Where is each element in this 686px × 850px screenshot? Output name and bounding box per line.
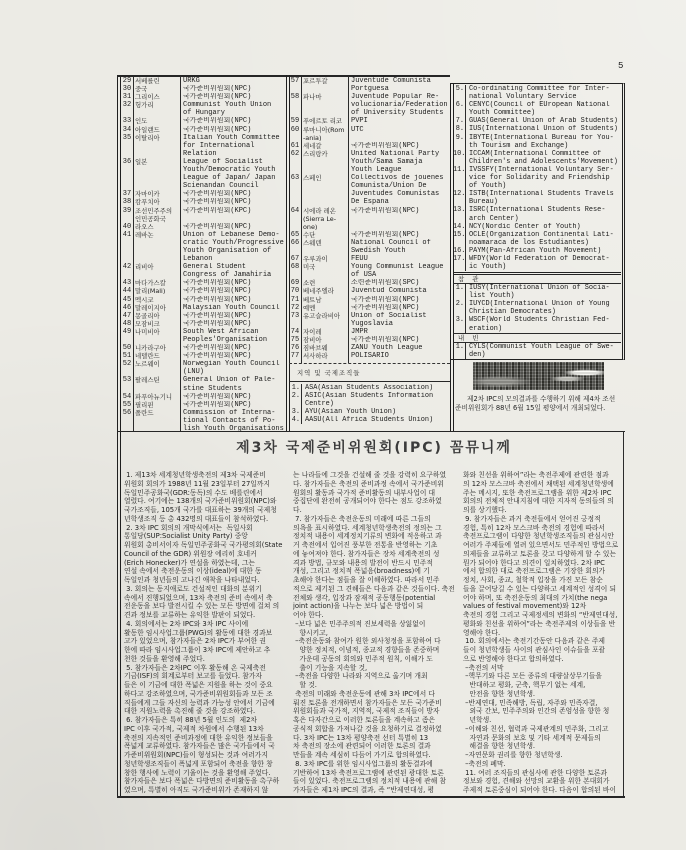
item-text: PAYM(Pan-African Youth Movement) [465, 247, 619, 255]
text-line: 외국 간보, 민주주의와 인간의 존엄성을 향한 청 [463, 707, 621, 716]
country-name: 몽골리아 [133, 312, 180, 320]
row-number: 76 [289, 344, 301, 352]
text-line: 10. 회의에서는 축전기간동안 다음과 같은 주제 [463, 637, 621, 646]
text-line: 공식적 회합을 가져나갈 것을 요청하기로 결정하였 [293, 725, 459, 734]
organization-name: Juventude Comunista Portguesa [348, 77, 449, 93]
item-text: Co-ordinating Committee for Inter- natio… [465, 85, 619, 101]
text-line: 4. 회의에서는 2차 IPC와 3차 IPC 사이에 [124, 620, 288, 629]
row-number: 45 [121, 296, 133, 304]
organization-name: 국가준비위원회(NPC) [180, 190, 287, 198]
text-line: 11. 여러 조직들의 관심사에 관한 다양한 토론과 [463, 769, 621, 778]
row-number: 52 [121, 360, 133, 376]
participant-row: 73유고슬라비아Union of Socialist Yugoslavia [289, 312, 449, 328]
text-line: –반제연대, 민족해방, 독립, 자주와 민족자결, [463, 699, 621, 708]
organization-name: 국가준비위원회(NPC) [180, 117, 287, 125]
country-name: 아일랜드 [133, 126, 180, 134]
text-line: 속에서 진행되었으며, 13차 축전의 준비 속에서 축 [124, 594, 288, 603]
organization-name: 국가준비위원회(NPC) [348, 336, 449, 344]
article-right-border [623, 431, 624, 797]
country-name: 스웨덴 [301, 239, 348, 255]
participant-row: 62스리랑카United National Party Youth/Sama S… [289, 150, 449, 174]
country-name: 미국 [301, 263, 348, 279]
country-name: 모잠비크 [133, 320, 180, 328]
participant-row: 59푸에르토 리코PVPI [289, 117, 449, 125]
participant-row: 30중국국가준비위원회(NPC) [121, 85, 287, 93]
item-number: 14. [453, 223, 465, 231]
row-number: 63 [289, 174, 301, 206]
participant-row: 42리비아General Student Congress of Jamahir… [121, 263, 287, 279]
observers-list: 1.IUSY(International Union of Socia- lis… [453, 284, 619, 333]
row-number: 31 [121, 93, 133, 101]
article-column-1: 1. 제13차 세계청년학생축전의 제3차 국제준비위원회 회의가 1988년 … [124, 471, 288, 796]
item-text: GUAS(General Union of Arab Students) [465, 117, 619, 125]
participant-row: 45멕시코국가준비위원회(NPC) [121, 296, 287, 304]
text-line: 참가자들은 보다 폭넓은 다방면의 준비활동을 촉구하 [124, 777, 288, 786]
organization-item: 7.GUAS(General Union of Arab Students) [453, 117, 619, 125]
text-line: 혹은 다자간으로 이러한 토론들을 계속하고 좀은 [293, 716, 459, 725]
item-text: WSCF(World Students Christian Fed- erati… [465, 316, 619, 332]
text-line: joint action)을 나누는 보다 넓은 방법이 되 [293, 602, 459, 611]
item-number: 6. [453, 101, 465, 117]
organization-item: 13.ISRC(International Students Rese- arc… [453, 206, 619, 222]
row-number: 54 [121, 393, 133, 401]
text-line: 열렸다. 여기에는 138개의 국가준비위원회(NPC)와 [124, 497, 288, 506]
organization-name: URKG [180, 77, 287, 85]
text-line: –이해와 친선, 협력과 국제관계의 민주화, 그리고 [463, 725, 621, 734]
row-number: 58 [289, 93, 301, 117]
text-line: 축전의 미래와 축전운동에 관해 3차 IPC에서 다 [293, 690, 459, 699]
text-line: 안전을 향한 청년학생. [463, 690, 621, 699]
text-line: 향시키고, [293, 629, 459, 638]
organization-item: 14.NCY(Nordic Center of Youth) [453, 223, 619, 231]
country-name: 시에라 레온 (Sierra Le- one) [301, 207, 348, 231]
organization-name: FEUU [348, 255, 449, 263]
organization-name: Union of Lebanese Demo- cratic Youth/Pro… [180, 231, 287, 263]
country-name: 베네주엘라 [301, 287, 348, 295]
row-number: 61 [289, 142, 301, 150]
participant-row: 46말레이지아Malaysian Youth Council [121, 304, 287, 312]
organization-name: 국가준비위원회(KPC) [180, 207, 287, 223]
country-name: 유고슬라비아 [301, 312, 348, 328]
text-line: 축전의 지속적인 준비과정에 대한 유익한 정보들을 [124, 734, 288, 743]
participant-row: 34아일랜드국가준비위원회(NPC) [121, 126, 287, 134]
country-name: 파나마 [301, 93, 348, 117]
text-line: 들을 끌어당길 수 있는 다양하고 세계적인 성격이 되 [463, 585, 621, 594]
article-title: 제3차 국제준비위원회(IPC) 꼼뮤니께 [117, 437, 625, 457]
text-line: 들은 이 기금에 대한 폭넓은 지원을 하는 것이 중요 [124, 681, 288, 690]
participant-row: 38캄푸치아국가준비위원회(NPC) [121, 198, 287, 206]
text-line: values of festival movement)와 12차 [463, 602, 621, 611]
organization-name: UTC [348, 126, 449, 142]
row-number: 38 [121, 198, 133, 206]
text-line: 가자들은 제1차 IPC의 결과, 즉 “반제연대성, 평 [293, 786, 459, 795]
text-line: 평화와 친선을 위하여”라는 축전주제의 이상들을 반 [463, 620, 621, 629]
country-name: 예멘 [301, 304, 348, 312]
country-name: 서사하라 [301, 352, 348, 360]
text-line: 6. 참가자들은 특히 88년 5월 인도의 제2차 [124, 716, 288, 725]
organization-item: 1.CYLS(Communist Youth League of Swe- de… [453, 343, 619, 359]
organization-item: 10.ICCAM(International Committee of Chil… [453, 150, 619, 166]
text-line: 통일당(SUP:Socialist Unity Party) 중앙 [124, 532, 288, 541]
organization-name: Malaysian Youth Council [180, 304, 287, 312]
text-line: 의제들을 교류하고 토론을 갖고 다양하게 할 수 있는 [463, 550, 621, 559]
participant-row: 75잠비아국가준비위원회(NPC) [289, 336, 449, 344]
text-line: 정보와 경험, 견해와 선망의 교환을 위한 본대회가 [463, 777, 621, 786]
organization-name: Juventude Popular Re- volucionaria/Feder… [348, 93, 449, 117]
participant-row: 35이탈리아Italian Youth Committee for Intern… [121, 134, 287, 158]
text-line: 으로 반영해야 한다고 합의하였다. [463, 655, 621, 664]
participants-table-middle: 57포르투갈Juventude Comunista Portguesa58파나마… [289, 77, 449, 360]
item-text: CENYC(Council of EUropean National Youth… [465, 101, 619, 117]
country-name: 조선민주주의 인민공화국 [133, 207, 180, 223]
text-line: 폭넓게 교류하였다. 참가자들은 많은 국가들에서 국 [124, 742, 288, 751]
participant-row: 29서베를린URKG [121, 77, 287, 85]
item-number: 1. [289, 384, 301, 392]
organization-name: JMPR [348, 328, 449, 336]
text-line: 5. 참가자들은 2차IPC 이후 활동해 온 국제축전 [124, 664, 288, 673]
organization-name: 국가준비위원회(NPC) [180, 126, 287, 134]
participant-row: 63스페인Collectivos de jouenes Comunista/Un… [289, 174, 449, 206]
organization-item: 3.AYU(Asian Youth Union) [289, 408, 450, 416]
text-line: 축전프로그램이 다양한 청년학생조직들의 관심시안 [463, 532, 621, 541]
item-text: ASIC(Asian Students Information Centre) [301, 392, 450, 408]
item-text: NCY(Nordic Center of Youth) [465, 223, 619, 231]
text-line: 주제적 토론중심이 되어야 한다. 다음이 합의된 바이 [463, 786, 621, 795]
item-number: 8. [453, 125, 465, 133]
organization-name: League of Socialist Youth/Democratic You… [180, 158, 287, 190]
organization-name: 국가준비위원회(NPC) [180, 312, 287, 320]
text-line: 영해야 한다. [463, 629, 621, 638]
photo-caption: 제2차 IPC의 모의결과를 수행하기 위해 제4차 조선준비위원회가 88년 … [455, 395, 621, 413]
participant-row: 65수단국가준비위원회(NPC) [289, 231, 449, 239]
text-line: 양한 정치적, 이념적, 종교적 경향들을 존중하며 [293, 646, 459, 655]
text-line: 전체와 생각, 입장과 잠재적 공동행동(potential [293, 594, 459, 603]
text-line: 거 축전에서 입어진 풍부한 전통을 반영하는 기초 [293, 541, 459, 550]
article-top-border [117, 431, 625, 432]
text-line: 2. 3차 IPC 회의의 개막식에서는 독일사회 [124, 524, 288, 533]
organization-item: 16.PAYM(Pan-African Youth Movement) [453, 247, 619, 255]
item-number: 11. [453, 166, 465, 190]
organization-name: 국가준비위원회(NPC) [348, 207, 449, 231]
text-line: 독일인과 청년들의 고나긴 애착을 나타내었다. [124, 576, 288, 585]
country-name: 포르투갈 [301, 77, 348, 93]
text-line: –보다 넓은 민주주의적 진보세력을 상잃없이 [293, 620, 459, 629]
text-line: 견과 정보를 교류하는 유익한 발판이 되었다. [124, 611, 288, 620]
row-number: 36 [121, 158, 133, 190]
item-text: IUS(International Union of Students) [465, 125, 619, 133]
text-line: 청년학생조직들이 폭넓게 포함되어 축전을 향한 창 [124, 760, 288, 769]
organization-name: PVPI [348, 117, 449, 125]
text-line: 는 나라들에 그것을 건설해 줄 것을 강력히 요구하였 [293, 471, 459, 480]
organization-name: United National Party Youth/Sama Samaja … [348, 150, 449, 174]
country-name: 팔레스틴 [133, 376, 180, 392]
text-line: 의욕을 표시하였다. 세계청년학생축전의 정의는 그 [293, 524, 459, 533]
organization-name: 국가준비위원회(NPC) [348, 296, 449, 304]
country-name: 인도 [133, 117, 180, 125]
text-line: 화와 친선을 위하여”라는 축전주제에 관련한 점과 [463, 471, 621, 480]
text-line: 7. 참가자들은 축전운동의 미래에 따른 그들의 [293, 515, 459, 524]
text-line: 할 것. [293, 681, 459, 690]
text-line: 다. [293, 506, 459, 515]
organization-name: 국가준비위원회(NPC) [180, 287, 287, 295]
row-number: 69 [289, 279, 301, 287]
participant-row: 58파나마Juventude Popular Re- volucionaria/… [289, 93, 449, 117]
text-line: 들이 있었다. 축전프로그램의 정치적 내용에 관해 참 [293, 777, 459, 786]
country-name: 리비아 [133, 263, 180, 279]
item-number: 10. [453, 150, 465, 166]
text-line: 의를 상기했다. [463, 506, 621, 515]
row-number: 44 [121, 287, 133, 295]
row-number: 65 [289, 231, 301, 239]
item-number: 1. [453, 284, 465, 300]
participant-row: 44말리(Mali)국가준비위원회(NPC) [121, 287, 287, 295]
text-line: 자연과 문화의 보호 및 기타 세계적 문제들의 [463, 734, 621, 743]
text-line: 천한 것들을 환영해 주었다. [124, 655, 288, 664]
row-number: 35 [121, 134, 133, 158]
participant-row: 41레바논Union of Lebanese Demo- cratic Yout… [121, 231, 287, 263]
participant-row: 47몽골리아국가준비위원회(NPC) [121, 312, 287, 320]
participant-row: 52노르웨이Norwegian Youth Council (LNU) [121, 360, 287, 376]
item-number: 5. [453, 85, 465, 101]
item-number: 1. [453, 343, 465, 359]
text-line: 출이 기능을 지속할 것, [293, 664, 459, 673]
country-name: 루마니아(Rom -ania) [301, 126, 348, 142]
participant-row: 66스웨덴National Council of Swedish Youth [289, 239, 449, 255]
row-number: 40 [121, 223, 133, 231]
country-name: 말리(Mali) [133, 287, 180, 295]
text-line: 활동한 임시사업그룹(PWG)의 활동에 대한 경과보 [124, 629, 288, 638]
text-line: –축전을 다양한 나라와 지역으로 옮기며 개최 [293, 672, 459, 681]
text-line: 9. 참가자들은 과거 축전들에서 얻어진 긍정적 [463, 515, 621, 524]
row-number: 47 [121, 312, 133, 320]
participant-row: 71베트남국가준비위원회(NPC) [289, 296, 449, 304]
text-line: 축전의 경험 그리고 국제정세의 변화의 “반제연대성, [463, 611, 621, 620]
text-line: 직들에게 그들 자신의 능력과 가능성 안에서 기금에 [124, 699, 288, 708]
item-text: ISRC(International Students Rese- arch C… [465, 206, 619, 222]
row-number: 32 [121, 101, 133, 117]
organization-item: 4.AASU(All Africa Students Union) [289, 416, 450, 424]
country-name: 스리랑카 [301, 150, 348, 174]
text-line: 년학생조직 등 총 432명의 대표들이 참석하였다. [124, 515, 288, 524]
text-line: 다. 참가자들은 축전의 준비과정 속에서 국가준비위 [293, 480, 459, 489]
participant-row: 61세네갈국가준비위원회(NPC) [289, 142, 449, 150]
text-line: –축전운동와 참여가 원한 외사청정을 포함하여 다 [293, 637, 459, 646]
organization-name: 국가준비위원회(NPC) [348, 231, 449, 239]
organization-name: 국가준비위원회(NPC) [180, 223, 287, 231]
row-number: 73 [289, 312, 301, 328]
organization-item: 15.OCLE(Organization Continental Lati- n… [453, 231, 619, 247]
participant-row: 48모잠비크국가준비위원회(NPC) [121, 320, 287, 328]
text-line: 고가 있었으며, 참가자들은 2차 IPC가 부여한 권 [124, 637, 288, 646]
participant-row: 67우루과이FEUU [289, 255, 449, 263]
row-number: 64 [289, 207, 301, 231]
participant-row: 57포르투갈Juventude Comunista Portguesa [289, 77, 449, 93]
text-line: 해결을 향한 청년학생. [463, 742, 621, 751]
text-line: 중집단에 완전히 공개되어야 한다는 점도 강조하였 [293, 497, 459, 506]
country-name: 푸에르토 리코 [301, 117, 348, 125]
text-line: 들이 청년학생들 사이의 관심사인 이슈들을 포괄 [463, 646, 621, 655]
organization-item: 1.IUSY(International Union of Socia- lis… [453, 284, 619, 300]
international-organisations-list: 5.Co-ordinating Committee for Inter- nat… [453, 85, 619, 271]
observers-heading: 참 관 [453, 272, 621, 284]
row-number: 50 [121, 344, 133, 352]
participant-row: 32헝가리Communist Youth Union of Hungary [121, 101, 287, 117]
row-number: 30 [121, 85, 133, 93]
text-line: 뤄진 토론을 전개하면서 참가자들은 모든 국가준비 [293, 699, 459, 708]
row-number: 43 [121, 279, 133, 287]
item-number: 3. [289, 408, 301, 416]
text-line: 반대하고 평화, 군축, 핵무기 없는 세계, [463, 681, 621, 690]
row-number: 41 [121, 231, 133, 263]
text-line: 여러가 주제들에 열려 있으면서도 민주적인 방법으로 [463, 541, 621, 550]
text-line: 에서 합의한 대로 축전프로그램은 기장한 회의가 [463, 567, 621, 576]
text-line: 경험, 특히 12차 모스크바 축전의 경험에 따라서 [463, 524, 621, 533]
country-name: 우루과이 [301, 255, 348, 263]
organization-name: Collectivos de jouenes Comunista/Union D… [348, 174, 449, 206]
text-line: 차 축전의 장소에 관련되어 이러한 토론의 결과 [293, 742, 459, 751]
text-line: Council of the GDR) 위원장 에리히 호네커 [124, 550, 288, 559]
organization-name: 국가준비위원회(NPC) [348, 142, 449, 150]
organization-name: South West African Peoples'Organisation [180, 328, 287, 344]
organization-name: 국가준비위원회(NPC) [180, 344, 287, 352]
regional-box-top-border [289, 381, 450, 382]
guests-heading: 내 빈 [453, 333, 621, 343]
country-name: 중국 [133, 85, 180, 93]
text-line: 정치적 내용이 세계정치기류의 변화에 적응하고 과 [293, 532, 459, 541]
participant-row: 36일본League of Socialist Youth/Democratic… [121, 158, 287, 190]
country-name: 헝가리 [133, 101, 180, 117]
row-number: 70 [289, 287, 301, 295]
text-line: 3. 회의는 동지애로도 건설적인 대화의 분위기 [124, 585, 288, 594]
item-text: IUYCD(International Union of Young Chris… [465, 300, 619, 316]
item-number: 12. [453, 190, 465, 206]
row-number: 39 [121, 207, 133, 223]
country-name: 세네갈 [301, 142, 348, 150]
guests-list: 1.CYLS(Communist Youth League of Swe- de… [453, 343, 619, 359]
row-number: 62 [289, 150, 301, 174]
country-name: 수단 [301, 231, 348, 239]
text-line: 어야 한다. [293, 611, 459, 620]
organization-name: Italian Youth Committee for Internationa… [180, 134, 287, 158]
text-line: 였으며, 특별히 아직도 국가준비위가 존재하지 않 [124, 786, 288, 795]
text-line: 적으로 제기된 그 견해들은 다음과 같은 것들이다. 축전 [293, 585, 459, 594]
international-organisations-box: 5.Co-ordinating Committee for Inter- nat… [450, 83, 625, 360]
row-number: 66 [289, 239, 301, 255]
participant-row: 55필리핀국가준비위원회(NPC) [121, 401, 287, 409]
row-number: 49 [121, 328, 133, 344]
organization-item: 1.ASA(Asian Students Association) [289, 384, 450, 392]
article-bottom-border [117, 796, 625, 798]
text-line: –자연문화 권리를 향한 청년학생. [463, 751, 621, 760]
article-column-2: 는 나라들에 그것을 건설해 줄 것을 강력히 요구하였다. 참가자들은 축전의… [293, 471, 459, 796]
organization-item: 17.WFDY(World Federation of Democrat- ic… [453, 255, 619, 271]
country-name: 말레이지아 [133, 304, 180, 312]
country-name: 니카라구아 [133, 344, 180, 352]
organization-item: 3.WSCF(World Students Christian Fed- era… [453, 316, 619, 332]
participant-row: 77서사하라POLISARIO [289, 352, 449, 360]
country-name: 캄푸치아 [133, 198, 180, 206]
organization-name: General Student Congress of Jamahiria [180, 263, 287, 279]
row-number: 59 [289, 117, 301, 125]
text-line: –핵무기와 다른 모든 종류의 대량살상무기들을 [463, 672, 621, 681]
text-line: 전운동을 보다 발전시킬 수 있는 모든 방면에 걸쳐 의 [124, 602, 288, 611]
text-line: 개성, 그리고 정치적 폭넓음(broadness)에 기 [293, 567, 459, 576]
row-number: 56 [121, 409, 133, 433]
row-number: 33 [121, 117, 133, 125]
festival-photo [473, 362, 604, 390]
text-line: 대한 지원노력을 촉진해 줄 것을 강조하였다. [124, 707, 288, 716]
country-name: 라오스 [133, 223, 180, 231]
regional-heading: 지역 및 국제조직들 [292, 369, 360, 377]
text-line: 연설 속에서 축전운동의 이상(ideal)에 대한 동 [124, 567, 288, 576]
participant-row: 49나미비아South West African Peoples'Organis… [121, 328, 287, 344]
text-line: 한에 따라 임시사업그룹이 3차 IPC에 제안하고 추 [124, 646, 288, 655]
organization-name: Communist Youth Union of Hungary [180, 101, 287, 117]
country-name: 짐바브웨 [301, 344, 348, 352]
organization-name: Commission of Interna- tional Contacts o… [180, 409, 287, 433]
text-line: 뭔가 되어야 한다고 의견이 일치하였다. 2차 IPC [463, 559, 621, 568]
item-text: IBYTE(International Bureau for You- th T… [465, 134, 619, 150]
row-number: 57 [289, 77, 301, 93]
text-line: 기금(ISF)의 회계로부터 보고를 들었다. 참가자 [124, 672, 288, 681]
country-name: 노르웨이 [133, 360, 180, 376]
organization-item: 2.IUYCD(International Union of Young Chr… [453, 300, 619, 316]
participant-row: 50니카라구아국가준비위원회(NPC) [121, 344, 287, 352]
text-line: IPC 이후 국가적, 국제적 차원에서 수행된 13차 [124, 725, 288, 734]
text-line: 다. 3차 IPC는 13차 평양축전 선터 특별히 13 [293, 734, 459, 743]
organization-item: 5.Co-ordinating Committee for Inter- nat… [453, 85, 619, 101]
text-line: 에 놓여져야 한다. 참가자들은 장차 세계축전의 성 [293, 550, 459, 559]
country-name: 이탈리아 [133, 134, 180, 158]
organization-item: 2.ASIC(Asian Students Information Centre… [289, 392, 450, 408]
country-name: 잠비아 [301, 336, 348, 344]
organization-name: 국가준비위원회(NPC) [180, 401, 287, 409]
country-name: 일본 [133, 158, 180, 190]
text-line: –축전의 폐막. [463, 760, 621, 769]
text-line: 독일민주공화국(GDR:동독)의 수도 베를린에서 [124, 489, 288, 498]
item-number: 3. [453, 316, 465, 332]
item-number: 4. [289, 416, 301, 424]
organization-name: Norwegian Youth Council (LNU) [180, 360, 287, 376]
participant-row: 33인도국가준비위원회(NPC) [121, 117, 287, 125]
participant-row: 40라오스국가준비위원회(NPC) [121, 223, 287, 231]
participants-table-left: 29서베를린URKG30중국국가준비위원회(NPC)31그리이스국가준비위원회(… [121, 77, 287, 433]
participant-row: 53팔레스틴General Union of Pale- stine Stude… [121, 376, 287, 392]
text-line: 어야 하며, 또 축전운동의 최대의 가치(the nega [463, 594, 621, 603]
participant-row: 60루마니아(Rom -ania)UTC [289, 126, 449, 142]
row-number: 75 [289, 336, 301, 344]
organization-name: 국가준비위원회(NPC) [180, 296, 287, 304]
organization-name: 국가준비위원회(NPC) [180, 279, 287, 287]
row-number: 51 [121, 352, 133, 360]
organization-name: 국가준비위원회(NPC) [180, 85, 287, 93]
text-line: 격과 방법, 규모와 내용의 발전이 반드시 민주적 [293, 559, 459, 568]
row-number: 29 [121, 77, 133, 85]
row-number: 34 [121, 126, 133, 134]
text-line: –축전의 서막 [463, 664, 621, 673]
text-line: 기반하여 13차 축전프로그램에 관련된 광대한 토론 [293, 769, 459, 778]
organization-item: 12.ISTB(International Students Travels B… [453, 190, 619, 206]
article-column-3: 화와 친선을 위하여”라는 축전주제에 관련한 점과의 12차 모스크바 축전에… [463, 471, 621, 796]
participant-row: 74자이레JMPR [289, 328, 449, 336]
participant-row: 68미국Young Communist League of USA [289, 263, 449, 279]
row-number: 48 [121, 320, 133, 328]
participant-row: 72예멘국가준비위원회(NPC) [289, 304, 449, 312]
participant-row: 64시에라 레온 (Sierra Le- one)국가준비위원회(NPC) [289, 207, 449, 231]
item-text: AASU(All Africa Students Union) [301, 416, 450, 424]
organization-name: 소련준비위원회(SPC) [348, 279, 449, 287]
organization-item: 9.IBYTE(International Bureau for You- th… [453, 134, 619, 150]
